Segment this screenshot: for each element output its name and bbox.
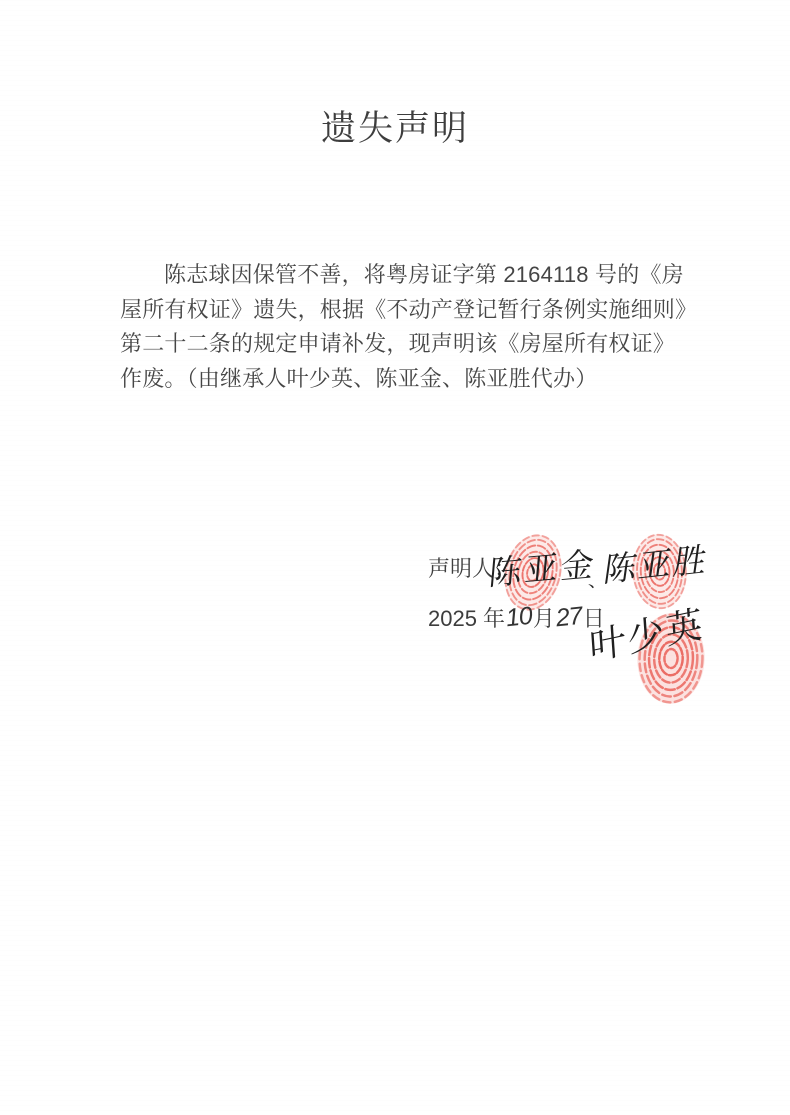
paragraph-line: 屋所有权证》遗失，根据《不动产登记暂行条例实施细则》 (120, 293, 700, 328)
date-month-handwritten: 10 (505, 602, 534, 634)
paragraph-line: 作废。（由继承人叶少英、陈亚金、陈亚胜代办） (120, 362, 700, 397)
date-year: 2025 年 (428, 606, 505, 631)
date-month-label: 月 (533, 606, 555, 631)
declaration-paragraph: 陈志球因保管不善，将粤房证字第 2164118 号的《房 屋所有权证》遗失，根据… (120, 258, 700, 396)
scanned-declaration-page: 遗失声明 陈志球因保管不善，将粤房证字第 2164118 号的《房 屋所有权证》… (0, 0, 790, 1115)
signature-chen-yasheng: 陈亚胜 (601, 533, 712, 592)
paragraph-line: 陈志球因保管不善，将粤房证字第 2164118 号的《房 (120, 258, 700, 293)
date-day-handwritten: 27 (554, 602, 583, 634)
date-line: 2025 年10月27日 (428, 602, 605, 633)
page-title: 遗失声明 (0, 101, 790, 151)
signature-chen-yajin: 陈亚金 (487, 538, 599, 595)
paragraph-line: 第二十二条的规定申请补发，现声明该《房屋所有权证》 (120, 327, 700, 362)
